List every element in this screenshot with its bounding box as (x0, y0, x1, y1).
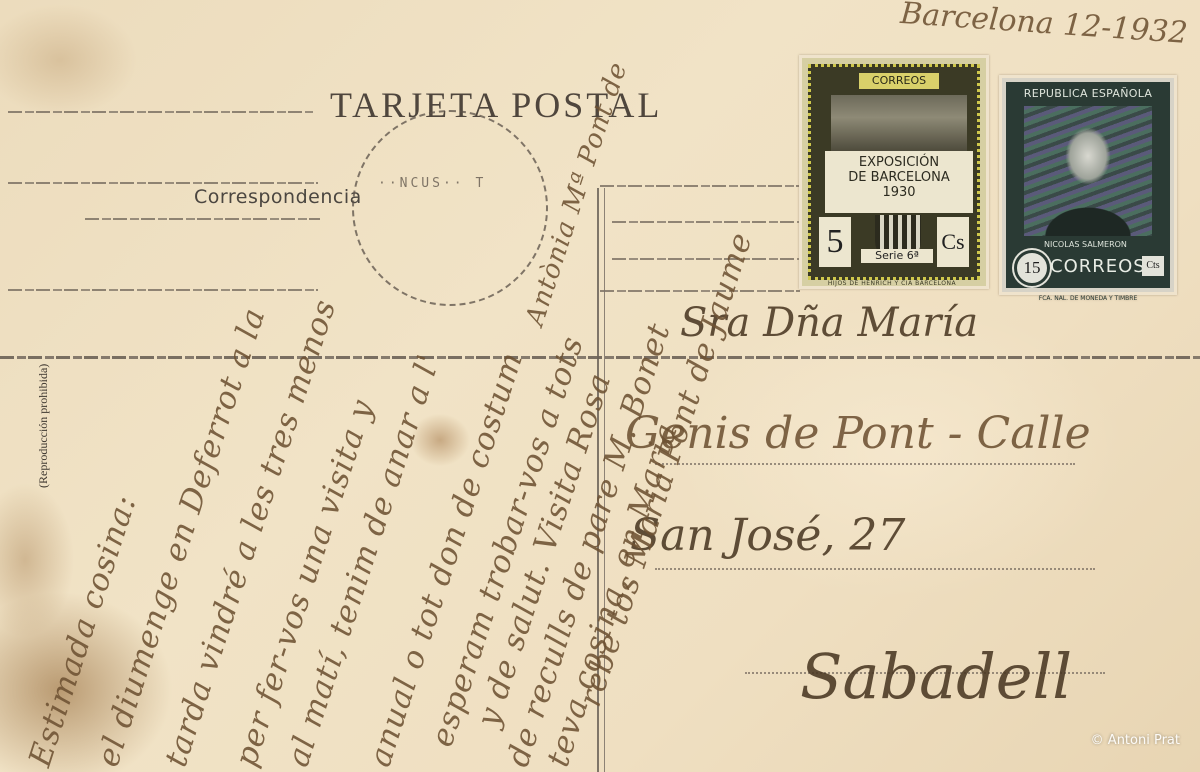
copyright-watermark: © Antoni Prat (1091, 733, 1180, 748)
stamp-printer: HIJOS DE HENRICH Y CIA BARCELONA (812, 280, 972, 287)
stamp-header: CORREOS (859, 73, 939, 89)
stamp-frame: REPUBLICA ESPAÑOLA NICOLAS SALMERON 15 C… (1006, 82, 1170, 288)
postcard: TARJETA POSTAL Correspondencia (Reproduc… (0, 0, 1200, 772)
reproduction-notice: (Reproducción prohibida) (36, 364, 51, 488)
correspondence-label: Correspondencia (194, 186, 362, 208)
stamp-footer: CORREOS (1050, 256, 1146, 277)
printed-rule (600, 185, 800, 187)
printed-rule (85, 218, 320, 220)
stamp-series: Serie 6ª (861, 249, 933, 263)
printed-rule (612, 258, 802, 260)
address-line-3: San José, 27 (630, 510, 905, 561)
printed-rule (8, 182, 318, 184)
address-line (655, 463, 1075, 465)
address-line-4: Sabadell (800, 640, 1072, 713)
stamp-value: 5 (819, 217, 851, 267)
stamp-frame: CORREOS EXPOSICIÓN DE BARCELONA 1930 5 C… (808, 64, 980, 280)
banner-line: EXPOSICIÓN (825, 155, 973, 170)
stamp-banner: EXPOSICIÓN DE BARCELONA 1930 (825, 151, 973, 213)
stamp-unit: Cts (1142, 256, 1164, 276)
postmark-text: ··NCUS·· T (378, 176, 486, 191)
stamp-printer: FCA. NAL. DE MONEDA Y TIMBRE (1008, 295, 1168, 302)
stamp-exposicion-barcelona: CORREOS EXPOSICIÓN DE BARCELONA 1930 5 C… (802, 58, 986, 286)
printed-rule (612, 221, 802, 223)
printed-rule (8, 111, 313, 113)
banner-line: 1930 (825, 185, 973, 200)
postmark-circle (352, 110, 548, 306)
stamp-republica-espanola: REPUBLICA ESPAÑOLA NICOLAS SALMERON 15 C… (1002, 78, 1174, 292)
printed-rule (600, 290, 800, 292)
palace-illustration (831, 95, 967, 151)
stamp-unit: Cs (937, 217, 969, 267)
portrait-illustration (1024, 106, 1152, 236)
portrait-name: NICOLAS SALMERON (1044, 240, 1127, 249)
stamp-value: 15 (1014, 250, 1050, 286)
handwritten-dateline: Barcelona 12-1932 (899, 0, 1189, 51)
printed-rule (8, 289, 318, 291)
stamp-header: REPUBLICA ESPAÑOLA (1010, 86, 1166, 102)
address-line (655, 568, 1095, 570)
banner-line: DE BARCELONA (825, 170, 973, 185)
